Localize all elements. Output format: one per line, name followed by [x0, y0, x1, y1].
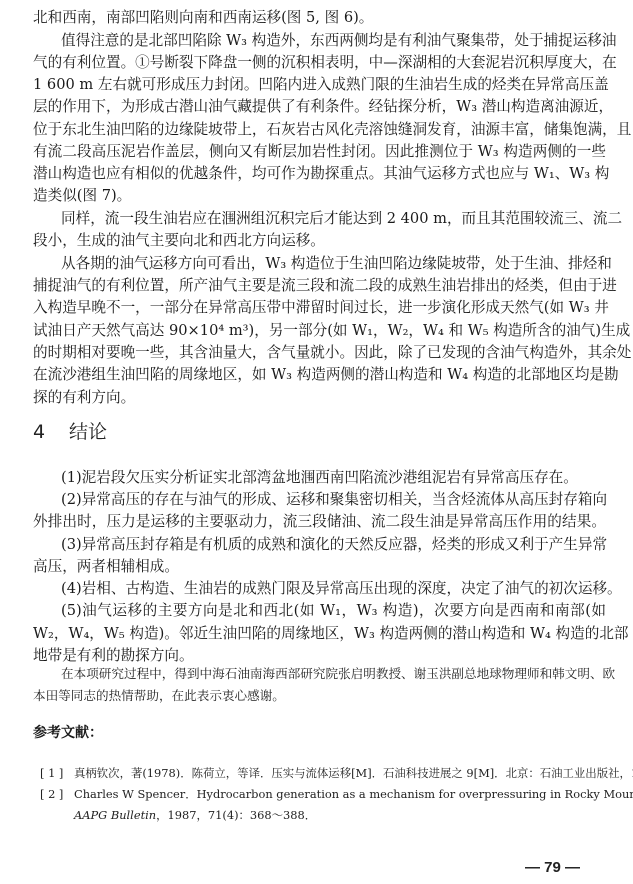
conclusion-item-1: (1)泥岩段欠压实分析证实北部湾盆地涠西南凹陷流沙港组泥岩有异常高压存在。 — [61, 467, 606, 489]
conclusion-item-3-cont: 高压，两者相辅相成。 — [33, 556, 606, 578]
reference-text: Charles W Spencer．Hydrocarbon generation… — [74, 787, 633, 801]
section-title: 结论 — [69, 421, 107, 443]
reference-item-2-cont: AAPG Bulletin，1987，71(4)：368～388． — [74, 805, 633, 825]
body-text-line: 值得注意的是北部凹陷除 W₃ 构造外，东西两侧均是有利油气聚集带，处于捕捉运移油 — [61, 30, 606, 52]
conclusion-item-5: (5)油气运移的主要方向是北和西北(如 W₁，W₃ 构造)，次要方向是西南和南部… — [61, 600, 606, 622]
reference-tail: ，1987，71(4)：368～388． — [156, 808, 316, 822]
body-text-line: 位于东北生油凹陷的边缘陡坡带上，石灰岩古风化壳溶蚀缝洞发育，油源丰富，储集饱满，… — [33, 119, 606, 141]
body-text-line: 潜山构造也应有相似的优越条件，均可作为勘探重点。其油气运移方式也应与 W₁、W₃… — [33, 163, 606, 185]
body-text-line: 层的作用下，为形成古潜山油气藏提供了有利条件。经钻探分析，W₃ 潜山构造离油源近… — [33, 96, 606, 118]
body-text-line: 捕捉油气的有利位置，所产油气主要是流三段和流二段的成熟生油岩排出的烃类，但由于进 — [33, 275, 606, 297]
body-text-line: 气的有利位置。①号断裂下降盘一侧的沉积相表明，中—深湖相的大套泥岩沉积厚度大，在 — [33, 52, 606, 74]
reference-tag: [ 2 ] — [40, 784, 74, 804]
body-text-line: 从各期的油气运移方向可看出，W₃ 构造位于生油凹陷边缘陡坡带，处于生油、排烃和 — [61, 253, 606, 275]
conclusion-item-3: (3)异常高压封存箱是有机质的成熟和演化的天然反应器，烃类的形成又利于产生异常 — [61, 534, 606, 556]
references-heading: 参考文献： — [33, 721, 103, 745]
body-text-line: 在流沙港组生油凹陷的周缘地区，如 W₃ 构造两侧的潜山构造和 W₄ 构造的北部地… — [33, 364, 606, 386]
conclusion-item-5-cont: W₂，W₄，W₅ 构造)。邻近生油凹陷的周缘地区，W₃ 构造两侧的潜山构造和 W… — [33, 623, 606, 645]
body-text-line: 入构造早晚不一，一部分在异常高压带中滞留时间过长，进一步演化形成天然气(如 W₃… — [33, 297, 606, 319]
reference-text: 真柄钦次，著(1978)．陈荷立，等译．压实与流体运移[M]．石油科技进展之 9… — [74, 766, 633, 780]
body-text-line: 1 600 m 左右就可形成压力封闭。凹陷内进入成熟门限的生油岩生成的烃类在异常… — [33, 74, 606, 96]
acknowledgement-line: 在本项研究过程中，得到中海石油南海西部研究院张启明教授、谢玉洪副总地球物理师和韩… — [61, 663, 606, 685]
page-number: — 79 — — [525, 856, 580, 880]
body-text-line: 的时期相对要晚一些，其含油量大，含气量就小。因此，除了已发现的含油气构造外，其余… — [33, 342, 606, 364]
body-text-line: 北和西南，南部凹陷则向南和西南运移(图 5, 图 6)。 — [33, 7, 606, 29]
conclusion-item-2-cont: 外排出时，压力是运移的主要驱动力，流三段储油、流二段生油是异常高压作用的结果。 — [33, 511, 606, 533]
conclusion-item-4: (4)岩相、古构造、生油岩的成熟门限及异常高压出现的深度，决定了油气的初次运移。 — [61, 578, 606, 600]
body-text-line: 试油日产天然气高达 90×10⁴ m³)，另一部分(如 W₁，W₂，W₄ 和 W… — [33, 320, 606, 342]
reference-item-2: [ 2 ]Charles W Spencer．Hydrocarbon gener… — [40, 784, 610, 804]
body-text-line: 有流二段高压泥岩作盖层，侧向又有断层加岩性封闭。因此推测位于 W₃ 构造两侧的一… — [33, 141, 606, 163]
body-text-line: 造类似(图 7)。 — [33, 185, 606, 207]
reference-item-1: [ 1 ]真柄钦次，著(1978)．陈荷立，等译．压实与流体运移[M]．石油科技… — [40, 763, 610, 783]
body-text-line: 探的有利方向。 — [33, 387, 606, 409]
body-text-line: 同样，流一段生油岩应在涠洲组沉积完后才能达到 2 400 m，而且其范围较流三、… — [61, 208, 606, 230]
section-heading: 4结论 — [33, 418, 107, 446]
reference-tag: [ 1 ] — [40, 763, 74, 783]
section-number: 4 — [33, 418, 69, 446]
body-text-line: 段小，生成的油气主要向北和西北方向运移。 — [33, 230, 606, 252]
conclusion-item-2: (2)异常高压的存在与油气的形成、运移和聚集密切相关，当含烃流体从高压封存箱向 — [61, 489, 606, 511]
acknowledgement-line: 本田等同志的热情帮助，在此表示衷心感谢。 — [33, 685, 606, 707]
reference-journal: AAPG Bulletin — [74, 808, 156, 822]
